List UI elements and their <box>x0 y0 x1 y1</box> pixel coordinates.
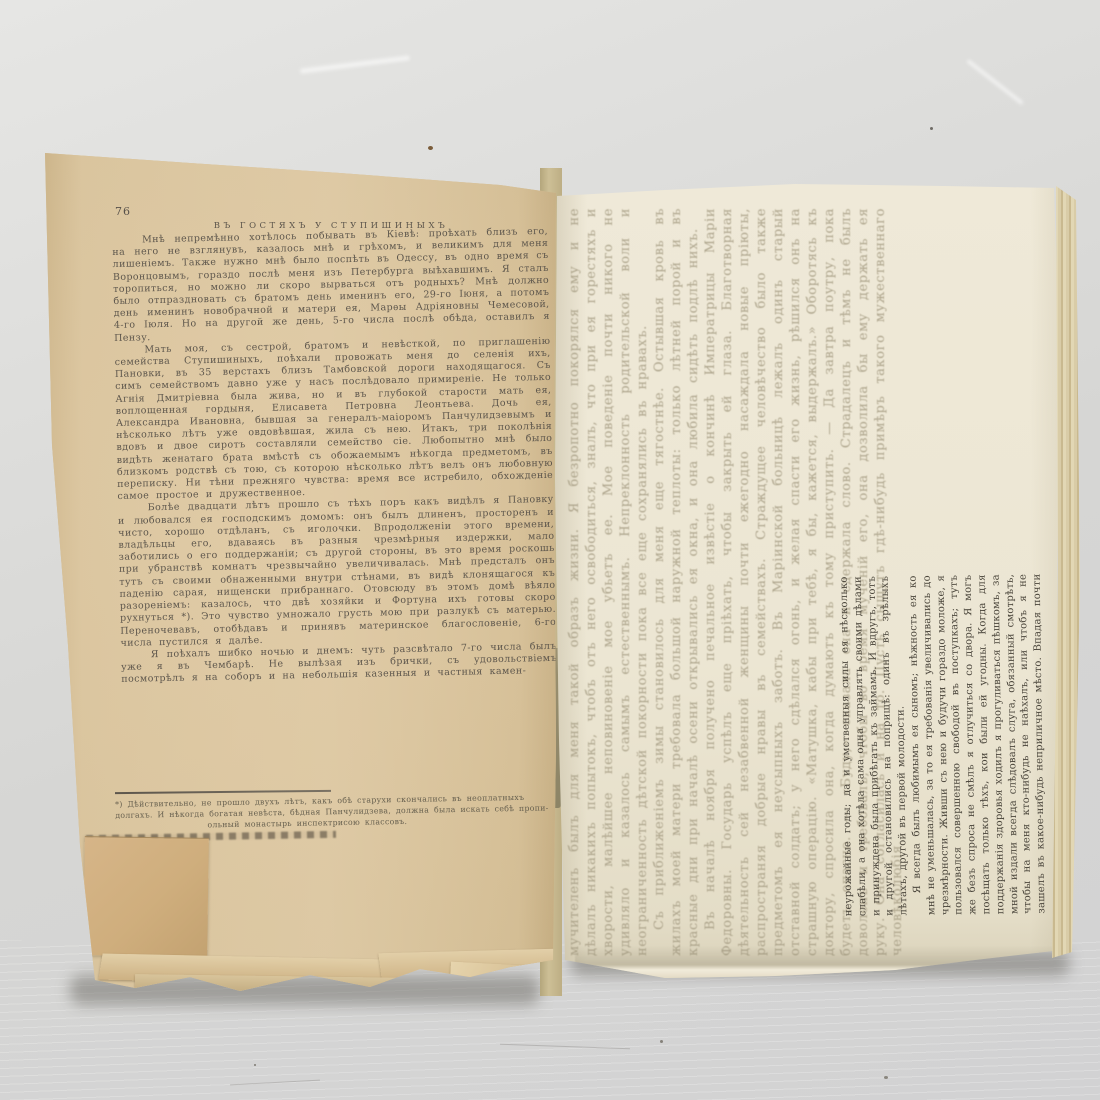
surface-speck <box>428 146 433 150</box>
clear-paragraph: неурожайные годы; да и умственныя силы е… <box>838 576 912 917</box>
left-page: 76 ВЪ ГОСТЯХЪ У СТУПИШИНЫХЪ Мнѣ непремѣн… <box>40 145 560 1025</box>
faint-paragraph: мучителенъ былъ для меня такой образъ жи… <box>566 208 651 956</box>
right-page-text-clear: неурожайные годы; да и умственныя силы е… <box>838 574 1051 917</box>
footnote: *) Дѣйствительно, не прошло двухъ лѣтъ, … <box>115 792 557 832</box>
body-paragraph: Мнѣ непремѣнно хотѣлось побывать въ Кіев… <box>112 226 550 345</box>
right-page: мучителенъ былъ для меня такой образъ жи… <box>545 180 1080 980</box>
surface-streak <box>300 55 410 73</box>
clear-paragraph: Я всегда былъ любимымъ ея сыномъ; нѣжнос… <box>907 574 1051 916</box>
faint-paragraph: Съ приближеніемъ зимы становилось для ме… <box>651 208 702 956</box>
surface-speck <box>930 127 933 130</box>
footnote-rule <box>115 790 331 794</box>
body-paragraph: Болѣе двадцати лѣтъ прошло съ тѣхъ поръ … <box>118 494 557 650</box>
body-paragraph: Мать моя, съ сестрой, братомъ и невѣстко… <box>114 336 553 504</box>
surface-speck <box>254 1064 256 1066</box>
surface-streak <box>966 59 1024 105</box>
photo-of-open-book: мучителенъ былъ для меня такой образъ жи… <box>0 0 1100 1100</box>
body-paragraph: Я поѣхалъ шибко ночью и днемъ: чуть разс… <box>121 641 558 687</box>
surface-speck <box>660 1040 663 1043</box>
left-page-body: Мнѣ непремѣнно хотѣлось побывать въ Кіев… <box>112 226 557 687</box>
repair-patch <box>83 836 209 957</box>
page-number: 76 <box>115 205 131 218</box>
surface-speck <box>884 1076 888 1079</box>
